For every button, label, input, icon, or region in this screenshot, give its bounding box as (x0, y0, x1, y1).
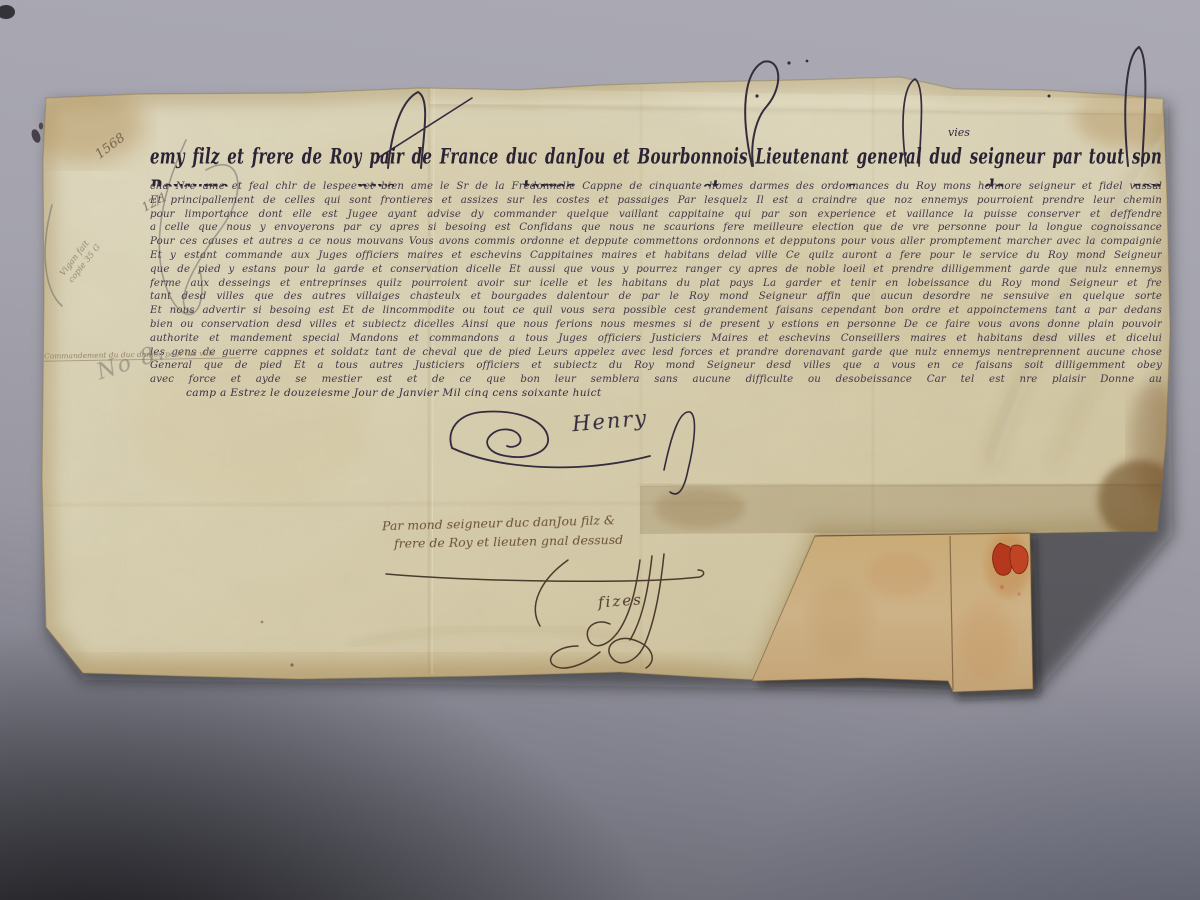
heading-superscript-insertion: vies (948, 126, 970, 139)
charter-heading-line: emy filz et frere de Roy pair de France … (150, 141, 1162, 186)
body-line: Pour ces causes et autres a ce nous mouv… (150, 236, 1162, 249)
body-line: cha Nre ame et feal chlr de lespee et bi… (150, 181, 1162, 194)
body-line: General que de pied Et a tous autres Jus… (150, 360, 1162, 373)
body-line: les gens de guerre cappnes et soldatz ta… (150, 347, 1162, 360)
body-line: Et y estant commande aux Juges officiers… (150, 250, 1162, 263)
body-line: a celle que nous y envoyerons par cy apr… (150, 222, 1162, 235)
body-line: avec force et ayde se mestier est et de … (150, 374, 1162, 387)
body-line: pour limportance dont elle est Jugee aya… (150, 209, 1162, 222)
dating-clause: camp a Estrez le douzeiesme Jour de Janv… (186, 387, 601, 399)
body-line: authorite et mandement special Mandons e… (150, 333, 1162, 346)
body-line: tant desd villes que des autres villaige… (150, 291, 1162, 304)
photograph-of-parchment-charter: emy filz et frere de Roy pair de France … (0, 0, 1200, 900)
secretary-signature: fizes (597, 590, 643, 611)
body-line: ferme aux desseings et entreprinses quil… (150, 278, 1162, 291)
body-line: Et principallement de celles qui sont fr… (150, 195, 1162, 208)
body-line: Et nous advertir si besoing est Et de li… (150, 305, 1162, 318)
body-line: que de pied y estans pour la garde et co… (150, 264, 1162, 277)
body-line: bien ou conservation desd villes et subi… (150, 319, 1162, 332)
parchment-artwork (0, 0, 1200, 900)
